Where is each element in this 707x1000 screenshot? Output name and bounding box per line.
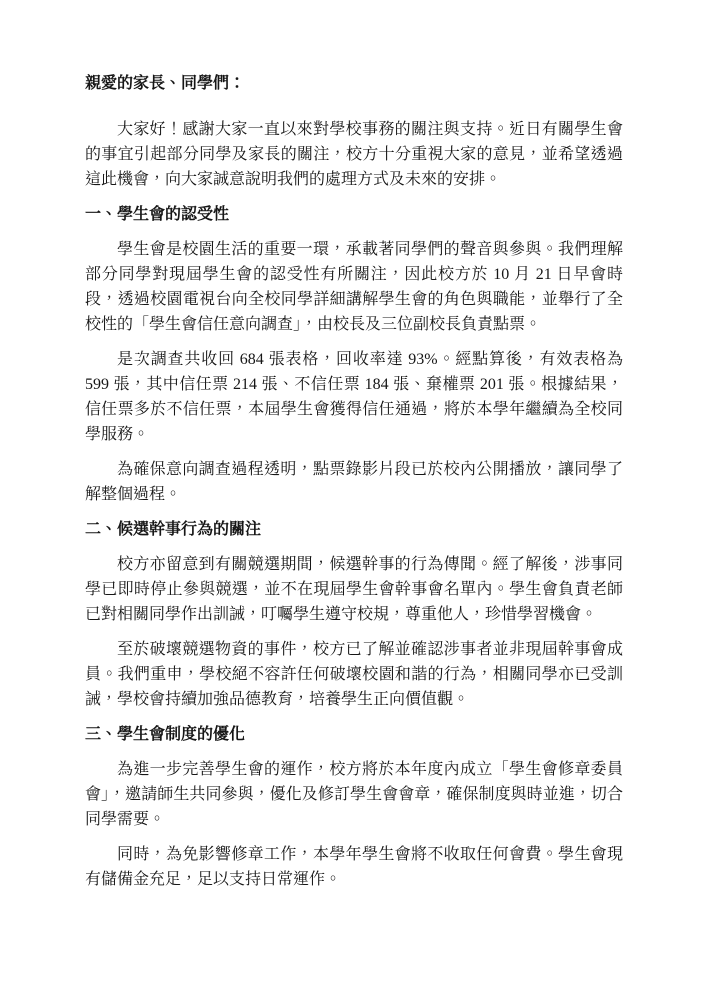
section-3-paragraph-1: 為進一步完善學生會的運作，校方將於本年度內成立「學生會修章委員會」，邀請師生共同… [85,757,623,832]
section-1-paragraph-3: 為確保意向調查過程透明，點票錄影片段已於校內公開播放，讓同學了解整個過程。 [85,457,623,507]
intro-paragraph: 大家好！感謝大家一直以來對學校事務的關注與支持。近日有關學生會的事宜引起部分同學… [85,117,623,192]
section-3-heading: 三、學生會制度的優化 [85,722,623,747]
letter-page: 親愛的家長、同學們： 大家好！感謝大家一直以來對學校事務的關注與支持。近日有關學… [0,0,707,1000]
section-1-paragraph-2: 是次調查共收回 684 張表格，回收率達 93%。經點算後，有效表格為 599 … [85,347,623,447]
section-2-paragraph-1: 校方亦留意到有關競選期間，候選幹事的行為傳聞。經了解後，涉事同學已即時停止參與競… [85,552,623,627]
salutation: 親愛的家長、同學們： [85,71,623,96]
section-2-paragraph-2: 至於破壞競選物資的事件，校方已了解並確認涉事者並非現屆幹事會成員。我們重申，學校… [85,637,623,712]
section-2-heading: 二、候選幹事行為的關注 [85,517,623,542]
section-1-heading: 一、學生會的認受性 [85,202,623,227]
section-3-paragraph-2: 同時，為免影響修章工作，本學年學生會將不收取任何會費。學生會現有儲備金充足，足以… [85,842,623,892]
section-1-paragraph-1: 學生會是校園生活的重要一環，承載著同學們的聲音與參與。我們理解部分同學對現屆學生… [85,237,623,337]
